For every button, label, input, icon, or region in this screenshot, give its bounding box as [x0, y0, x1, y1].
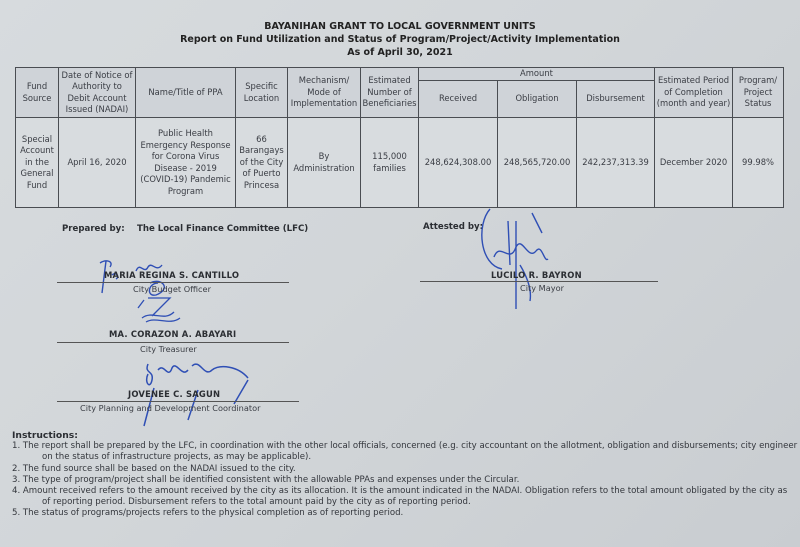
cell-location: 66 Barangays of the City of Puerto Princ…: [236, 118, 288, 208]
cell-fund-source: Special Account in the General Fund: [16, 118, 59, 208]
cell-obligation: 248,565,720.00: [498, 118, 577, 208]
instruction-item: 5. The status of programs/projects refer…: [12, 508, 800, 519]
instructions-title: Instructions:: [12, 430, 800, 441]
report-agency-title: BAYANIHAN GRANT TO LOCAL GOVERNMENT UNIT…: [0, 21, 800, 32]
cell-status: 99.98%: [733, 118, 784, 208]
signature-line: [420, 281, 658, 282]
col-location: Specific Location: [236, 68, 288, 118]
signatory-name-sagun: JOVENEE C. SAGUN: [128, 389, 220, 399]
signatory-title-abayari: City Treasurer: [140, 344, 197, 354]
cell-completion: December 2020: [655, 118, 733, 208]
col-completion: Estimated Period of Completion (month an…: [655, 68, 733, 118]
cell-beneficiaries: 115,000 families: [361, 118, 419, 208]
col-beneficiaries: Estimated Number of Beneficiaries: [361, 68, 419, 118]
instruction-item: 1. The report shall be prepared by the L…: [12, 441, 800, 452]
col-received: Received: [419, 81, 498, 118]
signatory-title-cantillo: City Budget Officer: [133, 284, 211, 294]
cell-ppa-name: Public Health Emergency Response for Cor…: [136, 118, 236, 208]
col-disbursement: Disbursement: [577, 81, 655, 118]
cell-received: 248,624,308.00: [419, 118, 498, 208]
report-date: As of April 30, 2021: [0, 47, 800, 58]
prepared-by-value: The Local Finance Committee (LFC): [137, 224, 308, 234]
cell-mechanism: By Administration: [288, 118, 361, 208]
signatory-name-bayron: LUCILO R. BAYRON: [491, 270, 582, 280]
signatory-title-sagun: City Planning and Development Coordinato…: [80, 403, 260, 413]
col-ppa-name: Name/Title of PPA: [136, 68, 236, 118]
cell-disbursement: 242,237,313.39: [577, 118, 655, 208]
instruction-item: 4. Amount received refers to the amount …: [12, 486, 800, 497]
instructions-section: Instructions: 1. The report shall be pre…: [12, 430, 800, 520]
col-amount: Amount: [419, 68, 655, 81]
signatory-title-bayron: City Mayor: [520, 283, 564, 293]
attested-by-label: Attested by:: [423, 222, 483, 232]
signature-line: [57, 401, 299, 402]
fund-utilization-table: Fund Source Date of Notice of Authority …: [15, 67, 784, 208]
instruction-item: 3. The type of program/project shall be …: [12, 475, 800, 486]
col-obligation: Obligation: [498, 81, 577, 118]
signature-abayari-icon: [130, 296, 200, 332]
col-nadai-date: Date of Notice of Authority to Debit Acc…: [59, 68, 136, 118]
report-title: Report on Fund Utilization and Status of…: [0, 34, 800, 45]
instructions-list: 1. The report shall be prepared by the L…: [12, 441, 800, 519]
signatory-name-cantillo: MARIA REGINA S. CANTILLO: [104, 270, 239, 280]
signature-bayron-icon: [480, 205, 560, 315]
instruction-item-continued: on the status of infrastructure projects…: [42, 452, 800, 463]
instruction-item: 2. The fund source shall be based on the…: [12, 464, 800, 475]
signature-line: [57, 282, 289, 283]
instruction-item-continued: of reporting period. Disbursement refers…: [42, 497, 800, 508]
col-fund-source: Fund Source: [16, 68, 59, 118]
col-mechanism: Mechanism/ Mode of Implementation: [288, 68, 361, 118]
col-status: Program/ Project Status: [733, 68, 784, 118]
signature-line: [57, 342, 289, 343]
signatory-name-abayari: MA. CORAZON A. ABAYARI: [109, 329, 236, 339]
table-row: Special Account in the General Fund Apri…: [16, 118, 784, 208]
cell-nadai-date: April 16, 2020: [59, 118, 136, 208]
prepared-by-label: Prepared by:: [62, 224, 125, 234]
